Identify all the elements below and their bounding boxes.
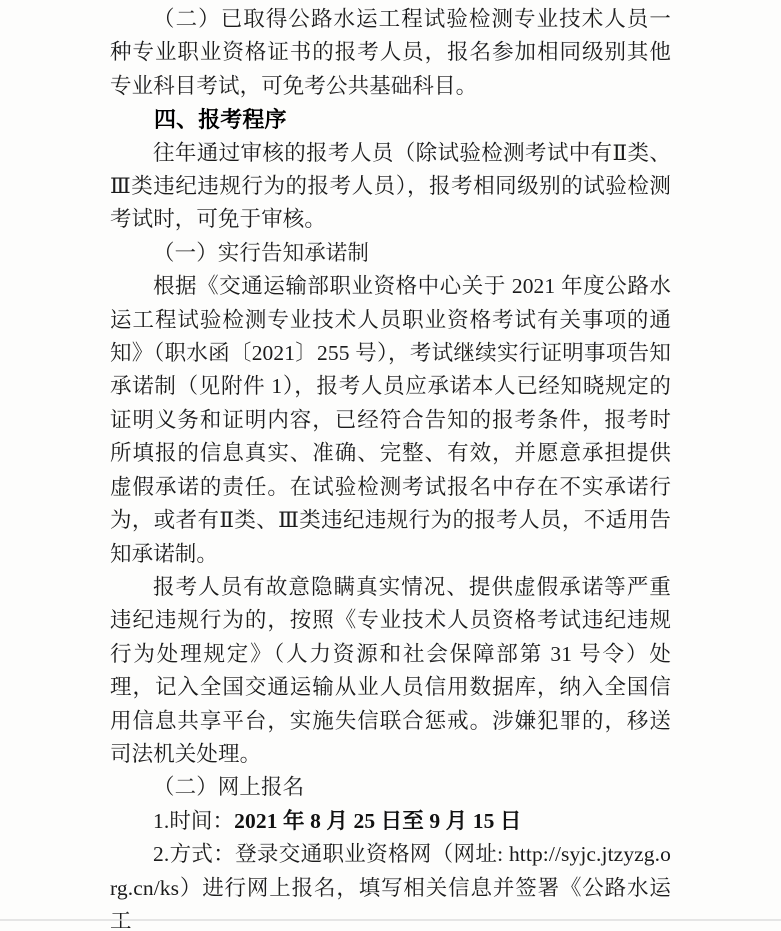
paragraph-body: 2.方式：登录交通职业资格网（网址: http://syjc.jtzyzg.or… <box>110 838 671 931</box>
subsection-heading: （一）实行告知承诺制 <box>110 237 671 270</box>
scan-artifact-line <box>0 919 781 921</box>
paragraph-body: （二）已取得公路水运工程试验检测专业技术人员一种专业职业资格证书的报考人员，报名… <box>110 3 671 103</box>
paragraph-body: 往年通过审核的报考人员（除试验检测考试中有Ⅱ类、Ⅲ类违纪违规行为的报考人员），报… <box>110 137 671 237</box>
section-heading: 四、报考程序 <box>110 103 671 136</box>
paragraph-body: 根据《交通运输部职业资格中心关于 2021 年度公路水运工程试验检测专业技术人员… <box>110 270 671 571</box>
paragraph-mixed: 1.时间：2021 年 8 月 25 日至 9 月 15 日 <box>110 805 671 838</box>
paragraph-body: 报考人员有故意隐瞒真实情况、提供虚假承诺等严重违纪违规行为的，按照《专业技术人员… <box>110 571 671 771</box>
text-segment: 1.时间： <box>153 809 234 833</box>
bold-text-segment: 2021 年 8 月 25 日至 9 月 15 日 <box>234 809 521 833</box>
subsection-heading: （二）网上报名 <box>110 771 671 804</box>
document-text-column: （二）已取得公路水运工程试验检测专业技术人员一种专业职业资格证书的报考人员，报名… <box>110 3 671 931</box>
document-page: （二）已取得公路水运工程试验检测专业技术人员一种专业职业资格证书的报考人员，报名… <box>0 0 781 931</box>
